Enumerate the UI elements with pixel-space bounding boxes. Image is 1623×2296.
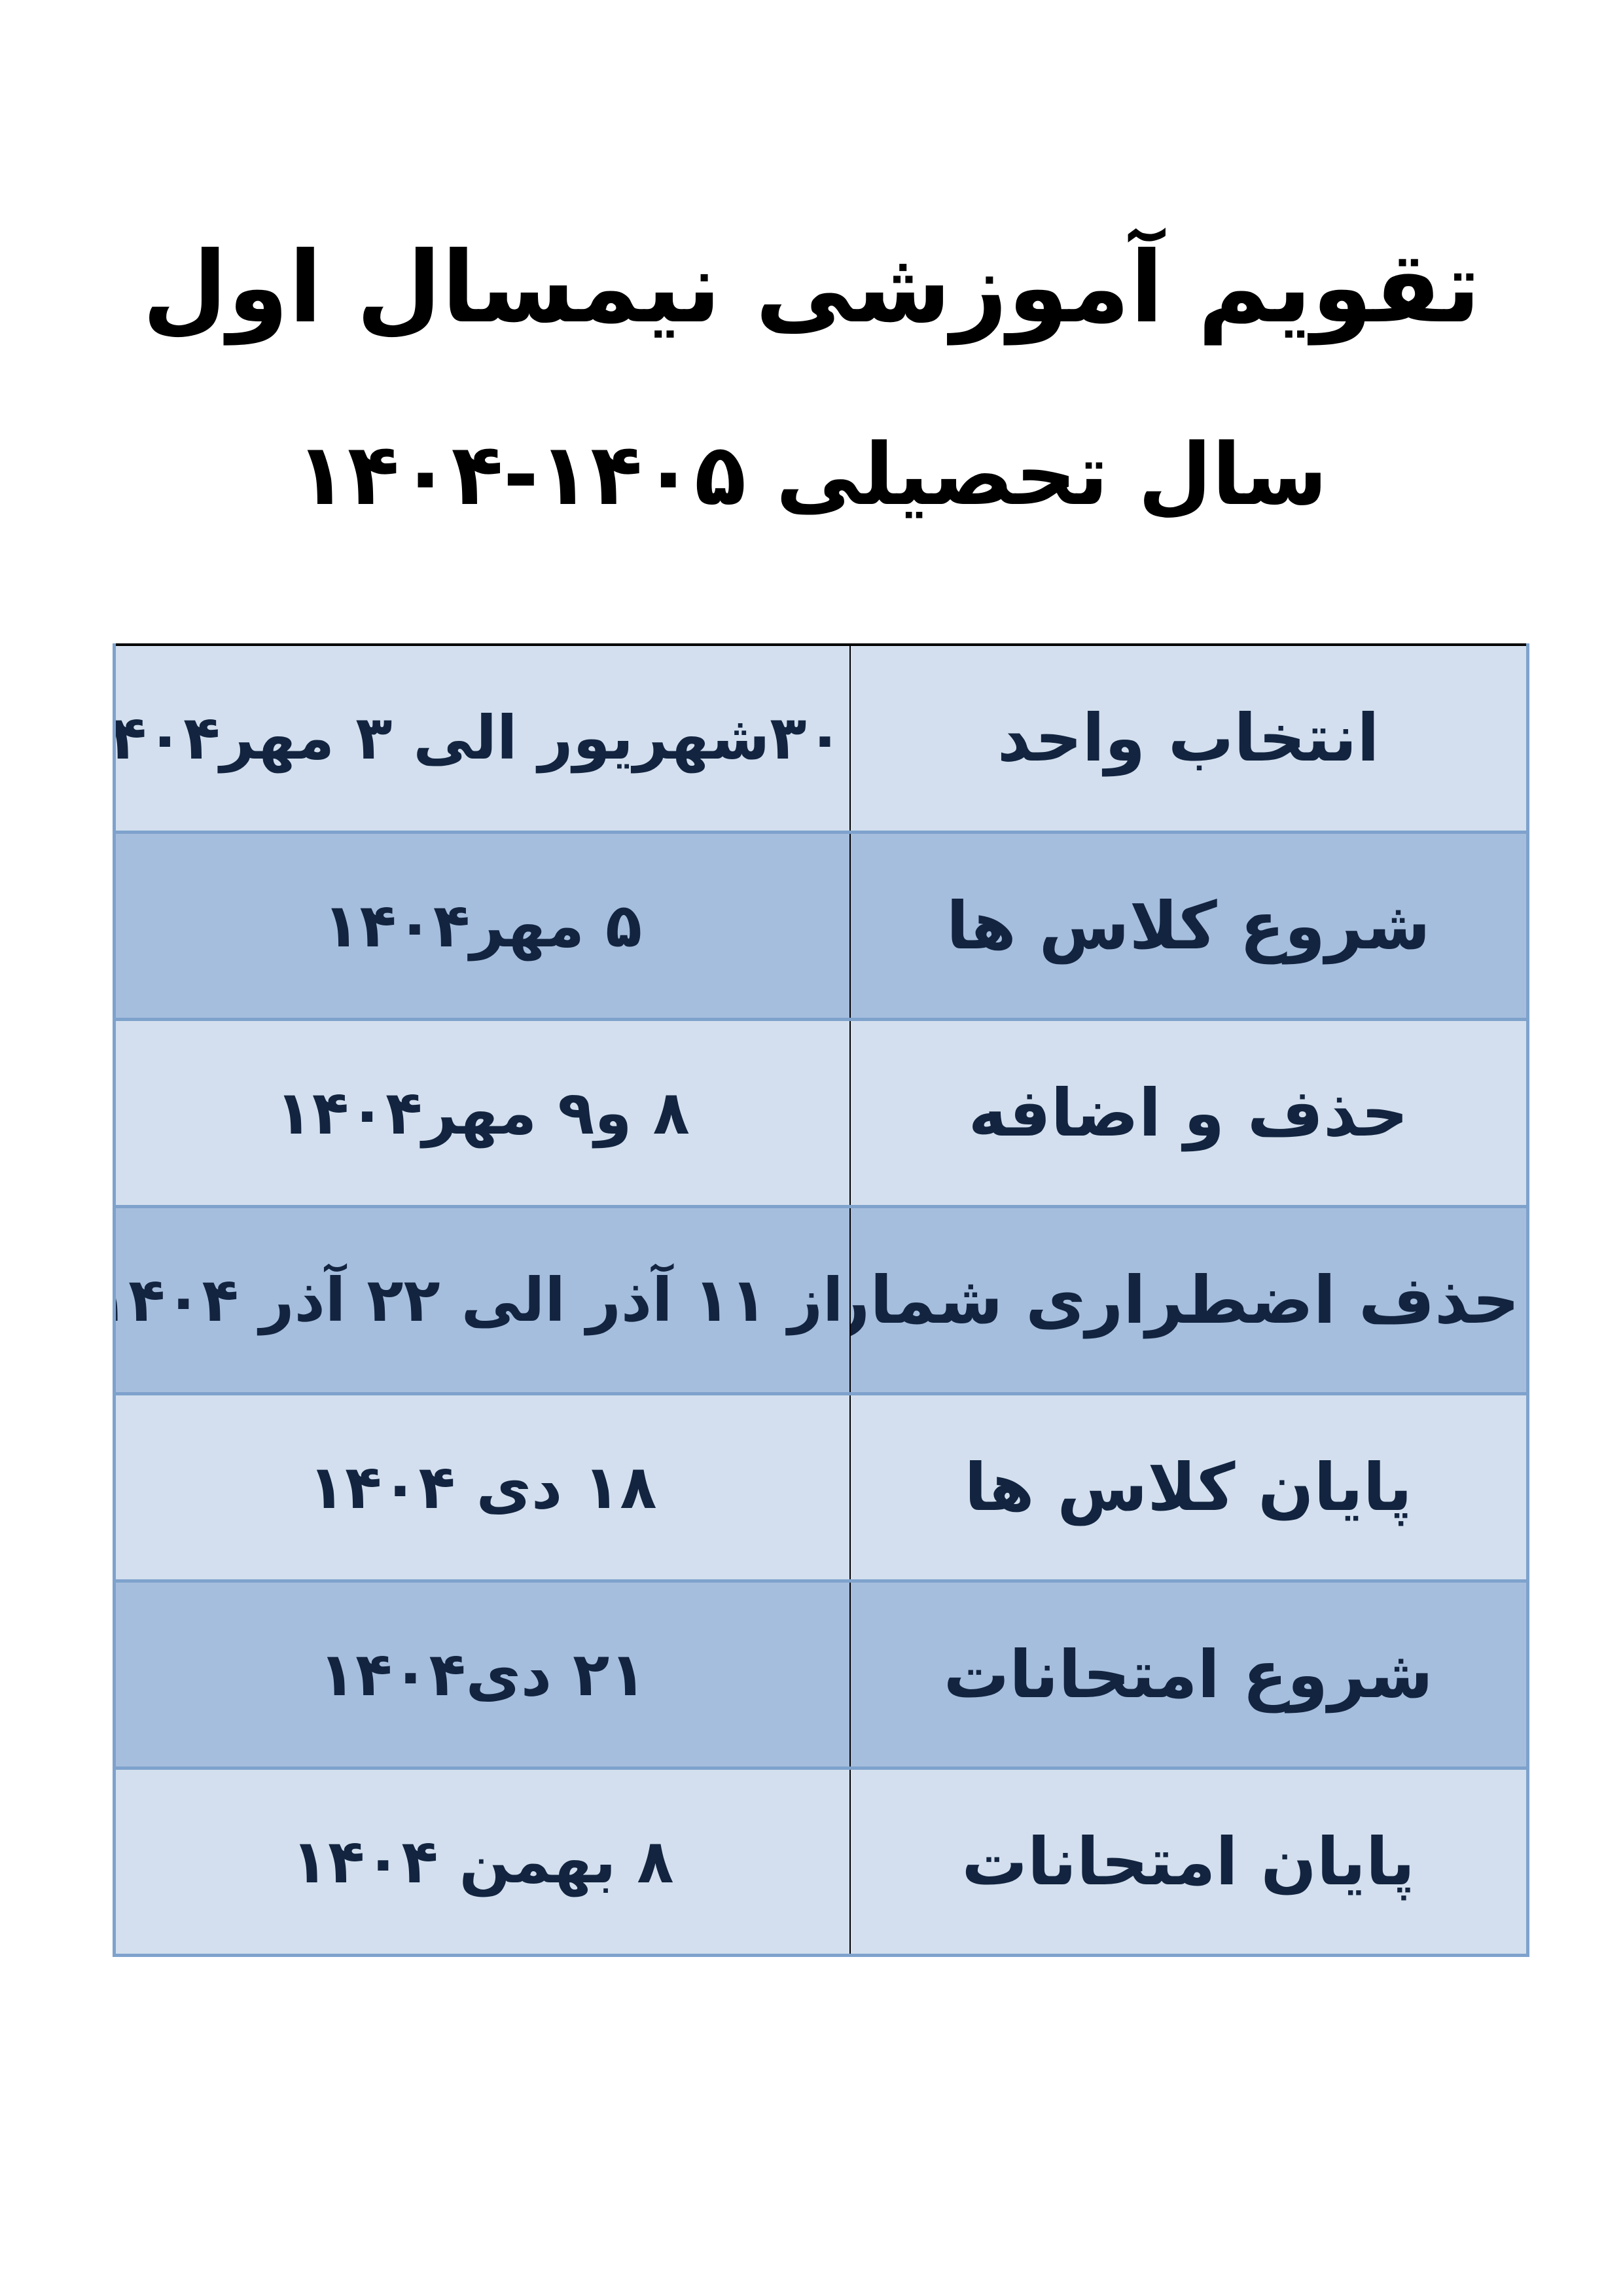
event-cell: حذف و اضافه: [850, 1019, 1528, 1206]
event-cell: شروع کلاس ها: [850, 832, 1528, 1019]
table-row: حذف اضطراری شماره ۱ از ۱۱ آذر الی ۲۲ آذر…: [115, 1206, 1528, 1393]
date-cell: از ۱۱ آذر الی ۲۲ آذر ۱۴۰۴: [115, 1206, 850, 1393]
table-row: شروع امتحانات ۲۱ دی۱۴۰۴: [115, 1581, 1528, 1768]
date-cell: ۵ مهر۱۴۰۴: [115, 832, 850, 1019]
table-row: انتخاب واحد ۳۰شهریور الی ۳ مهر۱۴۰۴: [115, 645, 1528, 832]
event-cell: پایان امتحانات: [850, 1768, 1528, 1955]
event-cell: انتخاب واحد: [850, 645, 1528, 832]
table-row: شروع کلاس ها ۵ مهر۱۴۰۴: [115, 832, 1528, 1019]
table-row: پایان کلاس ها ۱۸ دی ۱۴۰۴: [115, 1393, 1528, 1581]
date-cell: ۸ و۹ مهر۱۴۰۴: [115, 1019, 850, 1206]
date-cell: ۳۰شهریور الی ۳ مهر۱۴۰۴: [115, 645, 850, 832]
page-title: تقویم آموزشی نیمسال اول: [0, 226, 1623, 350]
academic-calendar-table: انتخاب واحد ۳۰شهریور الی ۳ مهر۱۴۰۴ شروع …: [113, 643, 1529, 1957]
date-cell: ۸ بهمن ۱۴۰۴: [115, 1768, 850, 1955]
event-cell: پایان کلاس ها: [850, 1393, 1528, 1581]
table-row: پایان امتحانات ۸ بهمن ۱۴۰۴: [115, 1768, 1528, 1955]
academic-year-subtitle: سال تحصیلی ۱۴۰۵-۱۴۰۴: [0, 419, 1623, 530]
event-cell: شروع امتحانات: [850, 1581, 1528, 1768]
date-cell: ۲۱ دی۱۴۰۴: [115, 1581, 850, 1768]
event-cell: حذف اضطراری شماره ۱: [850, 1206, 1528, 1393]
date-cell: ۱۸ دی ۱۴۰۴: [115, 1393, 850, 1581]
table-row: حذف و اضافه ۸ و۹ مهر۱۴۰۴: [115, 1019, 1528, 1206]
